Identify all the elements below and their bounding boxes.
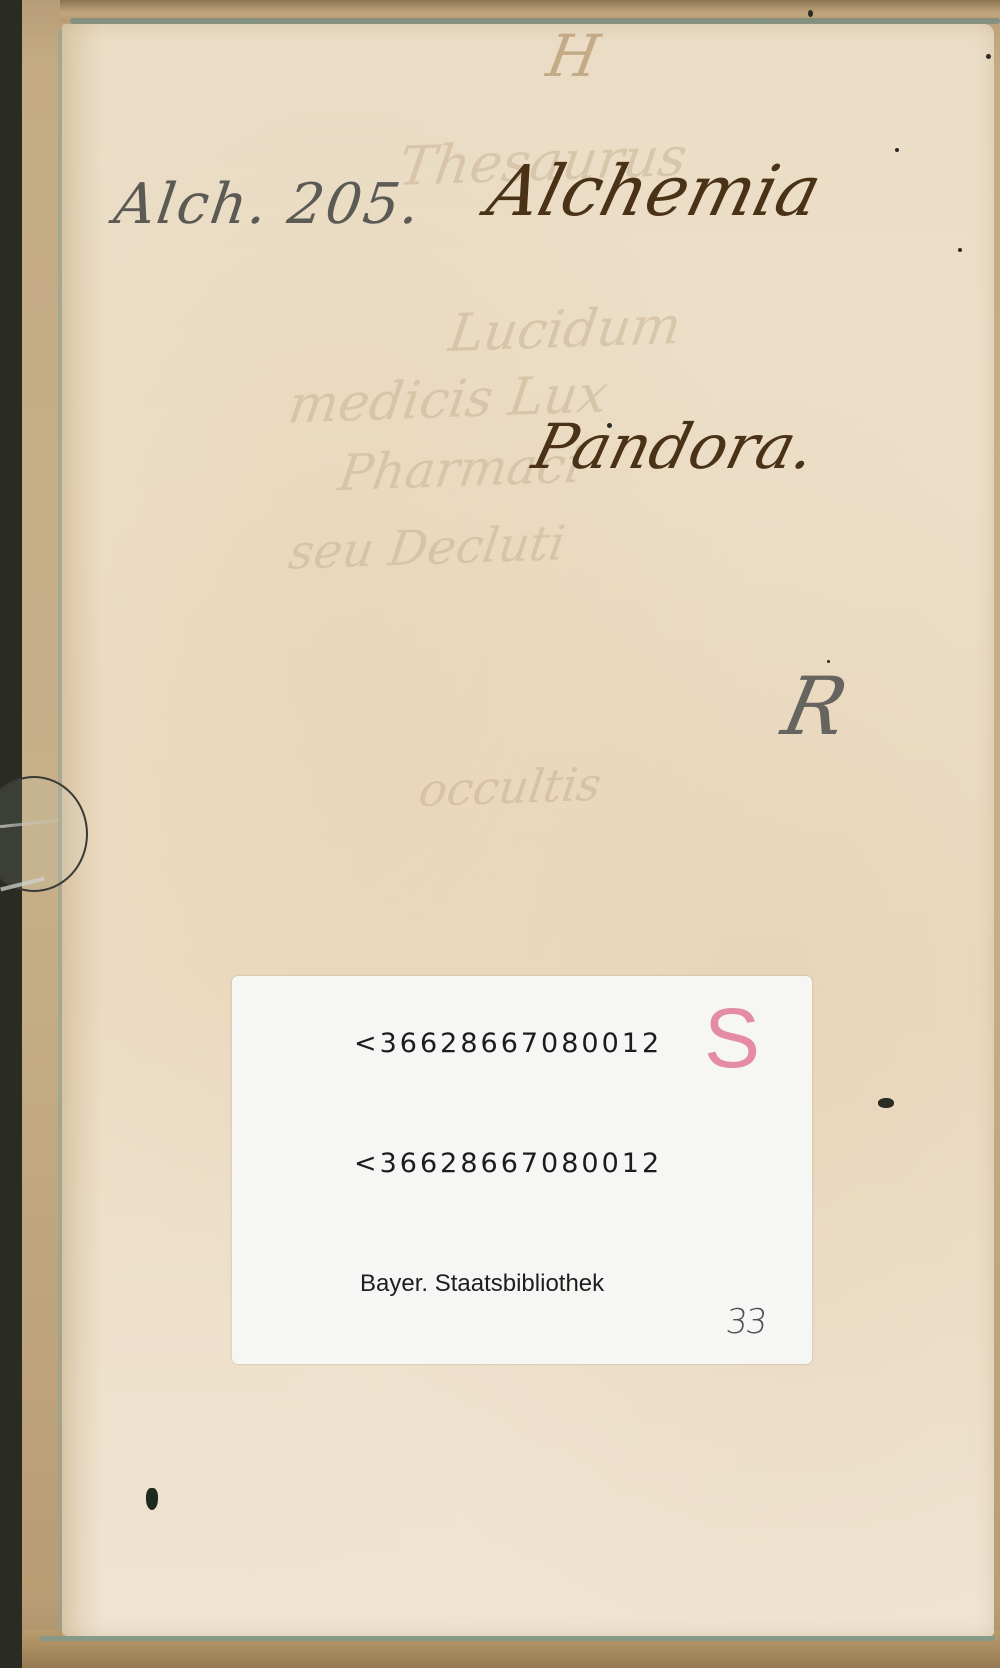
ghost-text: seu Decluti bbox=[285, 515, 568, 581]
speck bbox=[808, 10, 813, 17]
speck bbox=[986, 54, 991, 59]
ink-blot bbox=[146, 1488, 158, 1510]
barcode-number-1: <36628667080012 bbox=[354, 1028, 662, 1059]
title-line-1: Alchemia bbox=[480, 150, 830, 232]
ink-blot bbox=[878, 1098, 894, 1108]
speck bbox=[607, 423, 612, 428]
ghost-text: Lucidum bbox=[445, 296, 685, 364]
title-line-2: Pandora. bbox=[526, 410, 823, 483]
library-label: <36628667080012 S <36628667080012 Bayer.… bbox=[232, 976, 812, 1364]
shelfmark: Alch. 205. bbox=[110, 172, 425, 237]
page-number: 33 bbox=[724, 1302, 767, 1342]
library-name: Bayer. Staatsbibliothek bbox=[360, 1270, 604, 1298]
page-bottom-edge bbox=[40, 1636, 995, 1641]
speck bbox=[827, 660, 830, 663]
ghost-text: occultis bbox=[416, 757, 605, 817]
barcode-number-2: <36628667080012 bbox=[354, 1148, 662, 1179]
speck bbox=[958, 248, 962, 252]
paper-page bbox=[62, 24, 994, 1636]
stamp-letter: S bbox=[704, 996, 760, 1080]
scan-scene: Thesaurus Lucidum medicis Lux Pharmaci s… bbox=[0, 0, 1000, 1668]
speck bbox=[895, 148, 899, 152]
